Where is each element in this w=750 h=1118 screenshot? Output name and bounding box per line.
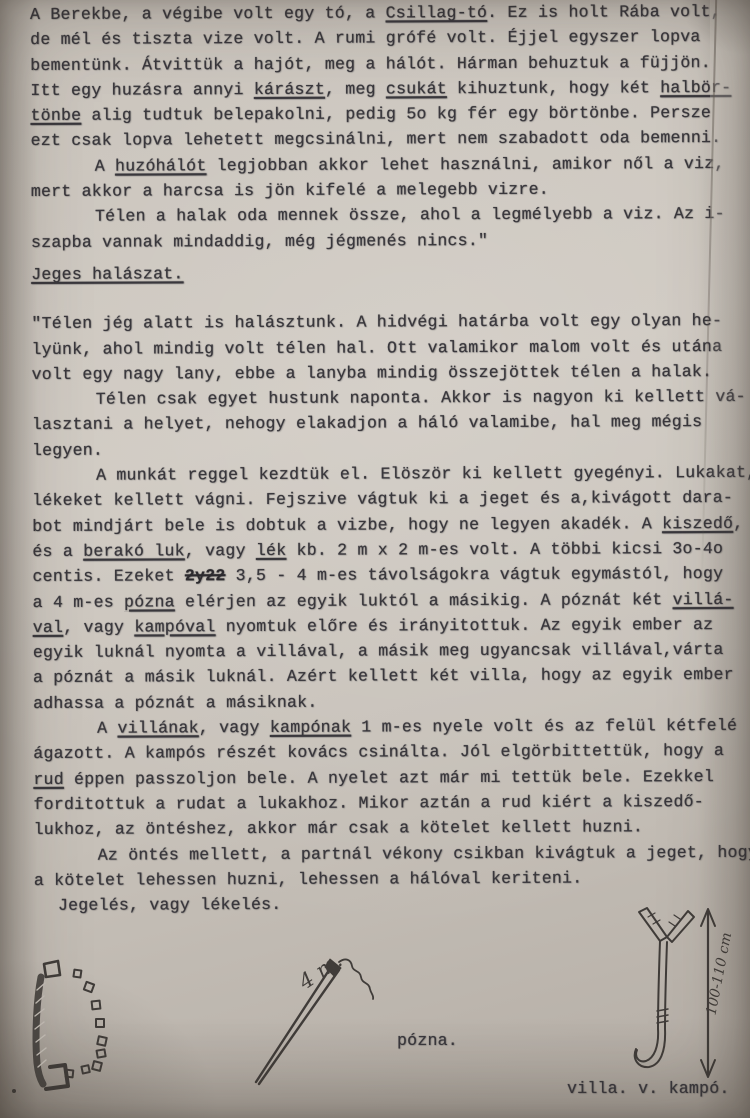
paper-edge-band (710, 0, 750, 560)
paragraph: "Télen jég alatt is halásztunk. A hidvég… (31, 311, 737, 390)
text-line: tönbe alig tudtuk belepakolni, pedig 5o … (30, 103, 736, 131)
underlined-term: Jeges halászat. (31, 264, 183, 284)
text-line: volt egy nagy lany, ebbe a lanyba mindig… (32, 362, 738, 390)
text-run: 3,5 - 4 m-es távolságokra vágtuk egymást… (225, 564, 723, 585)
text-line: A huzóhálót legjobban akkor lehet haszná… (31, 154, 737, 182)
paragraph: Az öntés mellett, a partnál vékony csikb… (34, 842, 740, 896)
text-line: mert akkor a harcsa is jön kifelé a mele… (31, 179, 737, 207)
text-run: a 4 m-es (33, 592, 125, 611)
underlined-term: tönbe (30, 106, 81, 125)
text-run: de mél és tiszta vize volt. A rumi grófé… (30, 27, 700, 49)
text-line: lukhoz, az öntéshez, akkor már csak a kö… (34, 817, 740, 845)
text-line: rud éppen passzoljon bele. A nyelet azt … (33, 767, 739, 795)
paragraph: A munkát reggel kezdtük el. Elöször ki k… (32, 463, 739, 719)
text-line: ezt csak lopva lehetett megcsinálni, mer… (31, 128, 737, 156)
paragraph: A huzóhálót legjobban akkor lehet haszná… (31, 154, 737, 208)
text-run: lékeket kellett vágni. Fejszive vágtuk k… (32, 488, 733, 510)
text-line: A munkát reggel kezdtük el. Elöször ki k… (32, 463, 738, 491)
paragraph: Télen a halak oda mennek össze, ahol a l… (31, 204, 737, 258)
text-line: a 4 m-es pózna elérjen az egyik luktól a… (33, 589, 739, 617)
document-body: A Berekbe, a végibe volt egy tó, a Csill… (30, 2, 740, 921)
text-run: kb. 2 m x 2 m-es volt. A többi kicsi 3o-… (286, 539, 723, 560)
text-run: és a (32, 542, 83, 561)
underlined-term: csukát (386, 79, 447, 98)
text-line: bot mindjárt bele is dobtuk a vizbe, hog… (32, 514, 738, 542)
text-run: Télen a halak oda mennek össze, ahol a l… (95, 204, 725, 226)
text-line: legyen. (32, 438, 738, 466)
underlined-term: berakó luk (83, 541, 185, 560)
text-line: Télen a halak oda mennek össze, ahol a l… (31, 204, 737, 232)
underlined-term: huzóhálót (115, 156, 207, 175)
text-line: adhassa a póznát a másiknak. (33, 691, 739, 719)
section-heading: Jeges halászat. (31, 262, 737, 290)
text-run: Az öntés mellett, a partnál vékony csikb… (98, 842, 750, 864)
paragraph: A villának, vagy kampónak 1 m-es nyele v… (33, 716, 740, 846)
text-run: , meg (325, 79, 386, 98)
text-run: , vagy (185, 541, 256, 560)
pole-drawing: 4 m. (256, 948, 373, 1084)
text-run: bementünk. Átvittük a hajót, meg a hálót… (30, 53, 711, 75)
text-run: lyünk, ahol mindig volt télen hal. Ott v… (31, 337, 722, 359)
struck-overtype: 2y22 (185, 566, 226, 585)
text-run: éppen passzoljon bele. A nyelet azt már … (64, 767, 714, 789)
text-run: A (95, 156, 115, 175)
text-run: mert akkor a harcsa is jön kifelé a mele… (31, 180, 549, 201)
underlined-term: val (33, 618, 64, 637)
ice-hole-pattern-drawing (12, 961, 107, 1093)
text-run: , vagy (199, 718, 270, 737)
underlined-term: kampóval (134, 617, 215, 636)
underlined-term: kampónak (270, 718, 351, 737)
underlined-term: lék (256, 541, 287, 560)
text-line: Itt egy huzásra annyi kárászt, meg csuká… (30, 78, 736, 106)
text-run: a póznát a másik luknál. Azért kellett k… (33, 665, 734, 687)
text-run: kihuztunk, hogy két (447, 78, 660, 98)
underlined-term: villának (117, 718, 198, 737)
text-line: és a berakó luk, vagy lék kb. 2 m x 2 m-… (32, 539, 738, 567)
underlined-term: pózna (124, 592, 175, 611)
text-run: bot mindjárt bele is dobtuk a vizbe, hog… (32, 514, 662, 536)
text-run: a kötelet lehessen huzni, lehessen a hál… (34, 868, 583, 889)
text-line: de mél és tiszta vize volt. A rumi grófé… (30, 27, 736, 55)
text-line: A Berekbe, a végibe volt egy tó, a Csill… (30, 2, 736, 30)
text-line: ágazott. A kampós részét kovács csinálta… (33, 741, 739, 769)
text-line: forditottuk a rudat a lukakhoz. Mikor az… (33, 792, 739, 820)
text-run: . Ez is holt Rába volt, (487, 2, 721, 22)
text-run: alig tudtuk belepakolni, pedig 5o kg fér… (81, 103, 711, 125)
text-run: lukhoz, az öntéshez, akkor már csak a kö… (34, 818, 644, 840)
text-run: egyik luknál nyomta a villával, a másik … (33, 640, 724, 662)
text-run: A munkát reggel kezdtük el. Elöször ki k… (96, 463, 750, 485)
text-run: A (97, 719, 117, 738)
scanned-document-page: A Berekbe, a végibe volt egy tó, a Csill… (0, 0, 750, 1118)
text-line: szapba vannak mindaddig, még jégmenés ni… (31, 230, 737, 258)
text-run: forditottuk a rudat a lukakhoz. Mikor az… (33, 792, 703, 814)
text-run: ágazott. A kampós részét kovács csinálta… (33, 741, 724, 763)
text-run: "Télen jég alatt is halásztunk. A hidvég… (31, 311, 722, 333)
text-line: Az öntés mellett, a partnál vékony csikb… (34, 842, 740, 870)
text-run: Télen csak egyet hustunk naponta. Akkor … (96, 387, 746, 409)
text-run: , vagy (63, 617, 134, 636)
text-line: Télen csak egyet hustunk naponta. Akkor … (32, 387, 738, 415)
text-line: centis. Ezeket 2y22 3,5 - 4 m-es távolsá… (32, 564, 738, 592)
text-run: adhassa a póznát a másiknak. (33, 692, 318, 712)
text-run: legyen. (32, 440, 103, 459)
text-run: nyomtuk előre és irányitottuk. Az egyik … (216, 615, 714, 636)
text-line: bementünk. Átvittük a hajót, meg a hálót… (30, 53, 736, 81)
text-line: a kötelet lehessen huzni, lehessen a hál… (34, 868, 740, 896)
pole-length-annotation: 4 m. (294, 948, 347, 995)
text-line: a póznát a másik luknál. Azért kellett k… (33, 665, 739, 693)
fork-label: villa. v. kampó. (567, 1079, 730, 1098)
text-run: 1 m-es nyele volt és az felül kétfelé (351, 716, 737, 737)
underlined-term: villá- (673, 589, 734, 608)
text-run: Itt egy huzásra annyi (30, 80, 254, 100)
text-line: val, vagy kampóval nyomtuk előre és irán… (33, 615, 739, 643)
underlined-term: kárászt (254, 80, 325, 99)
text-line: lyünk, ahol mindig volt télen hal. Ott v… (31, 336, 737, 364)
text-line: A villának, vagy kampónak 1 m-es nyele v… (33, 716, 739, 744)
text-line: egyik luknál nyomta a villával, a másik … (33, 640, 739, 668)
text-run: ezt csak lopva lehetett megcsinálni, mer… (31, 128, 722, 150)
text-line: "Télen jég alatt is halásztunk. A hidvég… (31, 311, 737, 339)
text-line: lékeket kellett vágni. Fejszive vágtuk k… (32, 488, 738, 516)
pole-label: pózna. (397, 1031, 458, 1050)
text-run: volt egy nagy lany, ebbe a lanyba mindig… (32, 362, 713, 384)
text-run: centis. Ezeket (32, 567, 184, 587)
fork-drawing: 100-110 cm (635, 908, 735, 1077)
text-line: Jeges halászat. (31, 262, 737, 290)
text-run: lasztani a helyet, nehogy elakadjon a há… (32, 413, 702, 435)
text-run: elérjen az egyik luktól a másikig. A póz… (175, 590, 673, 611)
underlined-term: Csillag-tó (386, 3, 488, 22)
text-run: A Berekbe, a végibe volt egy tó, a (30, 3, 386, 24)
text-run: szapba vannak mindaddig, még jégmenés ni… (31, 231, 488, 252)
text-run: legjobban akkor lehet használni, amikor … (206, 154, 724, 175)
paragraph: A Berekbe, a végibe volt egy tó, a Csill… (30, 2, 737, 157)
text-line: lasztani a helyet, nehogy elakadjon a há… (32, 412, 738, 440)
paragraph: Télen csak egyet hustunk naponta. Akkor … (32, 387, 738, 466)
underlined-term: rud (33, 769, 64, 788)
